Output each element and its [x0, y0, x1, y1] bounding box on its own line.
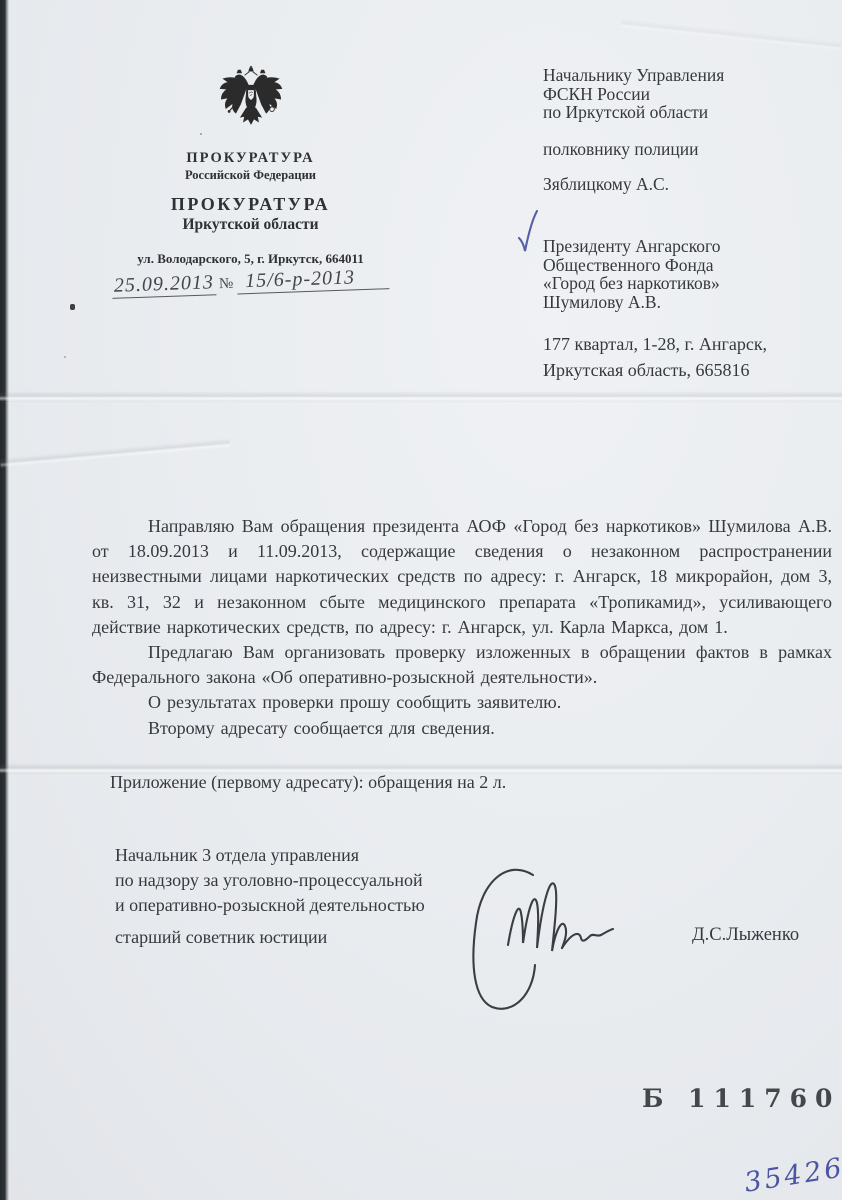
- check-mark-icon: [516, 208, 542, 256]
- recipient-block-second: Президенту Ангарского Общественного Фонд…: [543, 237, 721, 311]
- body-paragraph: О результатах проверки прошу сообщить за…: [92, 690, 832, 715]
- org-name-federal-sub: Российской Федерации: [108, 168, 393, 183]
- recipient-line: по Иркутской области: [543, 103, 724, 122]
- recipient-line: Шумилову А.В.: [543, 293, 721, 312]
- recipient-rank: полковнику полиции: [543, 140, 724, 159]
- recipient-line: Общественного Фонда: [543, 256, 721, 275]
- handwritten-signature-icon: [453, 853, 633, 1021]
- letter-body: Направляю Вам обращения президента АОФ «…: [92, 514, 832, 741]
- recipient-block-first: Начальнику Управления ФСКН России по Ирк…: [543, 66, 724, 194]
- body-paragraph: Предлагаю Вам организовать проверку изло…: [92, 640, 832, 690]
- scanner-edge-shadow: [0, 0, 9, 1200]
- recipient-address-line: Иркутская область, 665816: [543, 357, 767, 383]
- reg-date: 25.09.2013: [112, 271, 217, 299]
- recipient-address: 177 квартал, 1-28, г. Ангарск, Иркутская…: [543, 331, 767, 383]
- recipient-address-line: 177 квартал, 1-28, г. Ангарск,: [543, 331, 767, 357]
- org-name-regional-sub: Иркутской области: [108, 216, 393, 234]
- signer-rank: старший советник юстиции: [115, 925, 425, 950]
- handwritten-registration-line: 25.09.2013№15/6-р-2013: [108, 265, 394, 298]
- letterhead: ПРОКУРАТУРА Российской Федерации ПРОКУРА…: [108, 62, 393, 293]
- scan-speck: [64, 356, 66, 358]
- signer-position-line: по надзору за уголовно-процессуальной: [115, 868, 425, 893]
- recipient-line: Начальнику Управления: [543, 66, 724, 85]
- blank-serial-number: Б 111760: [642, 1084, 840, 1113]
- recipient-name: Зяблицкому А.С.: [543, 175, 724, 194]
- recipient-line: ФСКН России: [543, 85, 724, 104]
- scan-speck: [70, 304, 75, 310]
- paper-fold-crease: [620, 18, 842, 51]
- org-name-regional: ПРОКУРАТУРА: [108, 194, 393, 215]
- signer-name: Д.С.Лыженко: [692, 925, 799, 946]
- scanned-letter-page: ПРОКУРАТУРА Российской Федерации ПРОКУРА…: [0, 0, 842, 1200]
- org-name-federal: ПРОКУРАТУРА: [108, 150, 393, 167]
- number-sign: №: [216, 275, 238, 292]
- attachment-note: Приложение (первому адресату): обращения…: [110, 772, 506, 793]
- paper-fold-crease: [0, 391, 842, 403]
- org-address: ул. Володарского, 5, г. Иркутск, 664011: [108, 251, 393, 267]
- reg-number: 15/6-р-2013: [237, 265, 390, 294]
- recipient-line: «Город без наркотиков»: [543, 274, 721, 293]
- handwritten-filing-number: 35426: [742, 1152, 842, 1198]
- signer-position-line: Начальник 3 отдела управления: [115, 843, 425, 868]
- body-paragraph: Направляю Вам обращения президента АОФ «…: [92, 514, 832, 640]
- coat-of-arms-eagle-icon: [216, 62, 286, 134]
- signer-position-line: и оперативно-розыскной деятельностью: [115, 893, 425, 918]
- paper-fold-crease: [0, 438, 230, 468]
- signer-position-block: Начальник 3 отдела управления по надзору…: [115, 843, 425, 950]
- body-paragraph: Второму адресату сообщается для сведения…: [92, 716, 832, 741]
- recipient-line: Президенту Ангарского: [543, 237, 721, 256]
